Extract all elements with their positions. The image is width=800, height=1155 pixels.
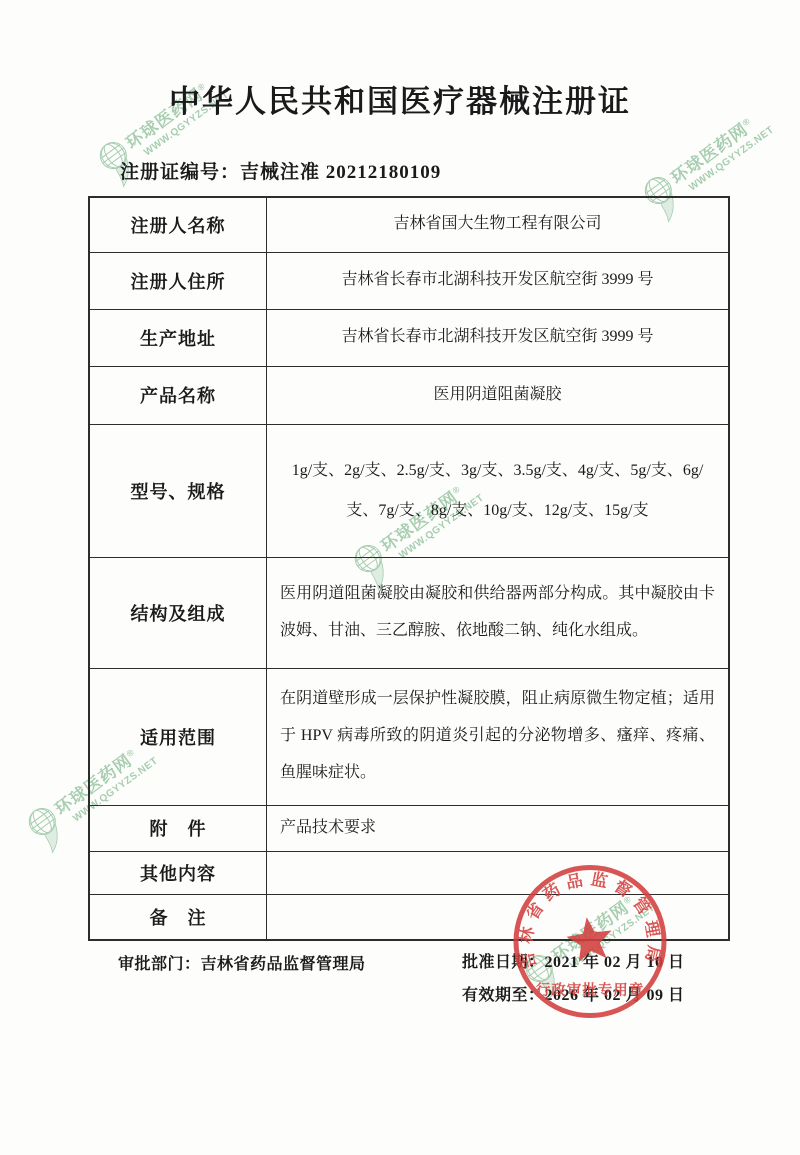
row-label: 附 件 <box>89 805 267 851</box>
seal-bottom-text: 行政审批专用章 <box>536 981 645 999</box>
row-value: 吉林省长春市北湖科技开发区航空街 3999 号 <box>267 309 730 366</box>
row-label: 结构及组成 <box>89 557 267 668</box>
row-value: 在阴道壁形成一层保护性凝胶膜，阻止病原微生物定植；适用于 HPV 病毒所致的阴道… <box>267 668 730 805</box>
registration-number: 注册证编号：吉械注准 20212180109 <box>120 157 441 184</box>
row-value: 吉林省长春市北湖科技开发区航空街 3999 号 <box>267 252 730 309</box>
row-value: 吉林省国大生物工程有限公司 <box>267 197 730 252</box>
table-row: 产品名称 医用阴道阻菌凝胶 <box>89 366 729 424</box>
globe-icon <box>22 801 73 856</box>
row-value: 医用阴道阻菌凝胶由凝胶和供给器两部分构成。其中凝胶由卡波姆、甘油、三乙醇胺、依地… <box>267 557 730 668</box>
row-label: 其他内容 <box>89 851 267 894</box>
table-row: 结构及组成 医用阴道阻菌凝胶由凝胶和供给器两部分构成。其中凝胶由卡波姆、甘油、三… <box>89 557 729 668</box>
approval-department: 审批部门：吉林省药品监督管理局 <box>118 951 366 974</box>
row-label: 注册人住所 <box>89 252 267 309</box>
row-label: 生产地址 <box>89 309 267 366</box>
row-label: 注册人名称 <box>89 197 267 252</box>
row-label: 适用范围 <box>89 668 267 805</box>
certificate-table: 注册人名称 吉林省国大生物工程有限公司 注册人住所 吉林省长春市北湖科技开发区航… <box>88 196 730 941</box>
table-row: 注册人名称 吉林省国大生物工程有限公司 <box>89 197 729 252</box>
page-title: 中华人民共和国医疗器械注册证 <box>0 76 800 121</box>
table-row: 适用范围 在阴道壁形成一层保护性凝胶膜，阻止病原微生物定植；适用于 HPV 病毒… <box>89 668 729 805</box>
row-value: 产品技术要求 <box>267 805 730 851</box>
table-row: 注册人住所 吉林省长春市北湖科技开发区航空街 3999 号 <box>89 252 729 309</box>
official-seal: 吉林省药品监督管理局 行政审批专用章 <box>508 862 672 1028</box>
row-label: 型号、规格 <box>89 424 267 557</box>
row-value: 医用阴道阻菌凝胶 <box>267 366 730 424</box>
table-row: 型号、规格 1g/支、2g/支、2.5g/支、3g/支、3.5g/支、4g/支、… <box>89 424 729 557</box>
row-value: 1g/支、2g/支、2.5g/支、3g/支、3.5g/支、4g/支、5g/支、6… <box>267 424 730 557</box>
row-label: 备 注 <box>89 894 267 940</box>
certificate-page: 环球医药网® WWW.QGYYZS.NET 环球医药网® WWW.QGYYZS.… <box>0 0 800 1155</box>
seal-star-icon <box>564 914 615 963</box>
table-row: 生产地址 吉林省长春市北湖科技开发区航空街 3999 号 <box>89 309 729 366</box>
table-row: 附 件 产品技术要求 <box>89 805 729 851</box>
seal-arc-text: 吉林省药品监督管理局 <box>515 868 664 970</box>
row-label: 产品名称 <box>89 366 267 424</box>
watermark-url: WWW.QGYYZS.NET <box>680 124 776 198</box>
